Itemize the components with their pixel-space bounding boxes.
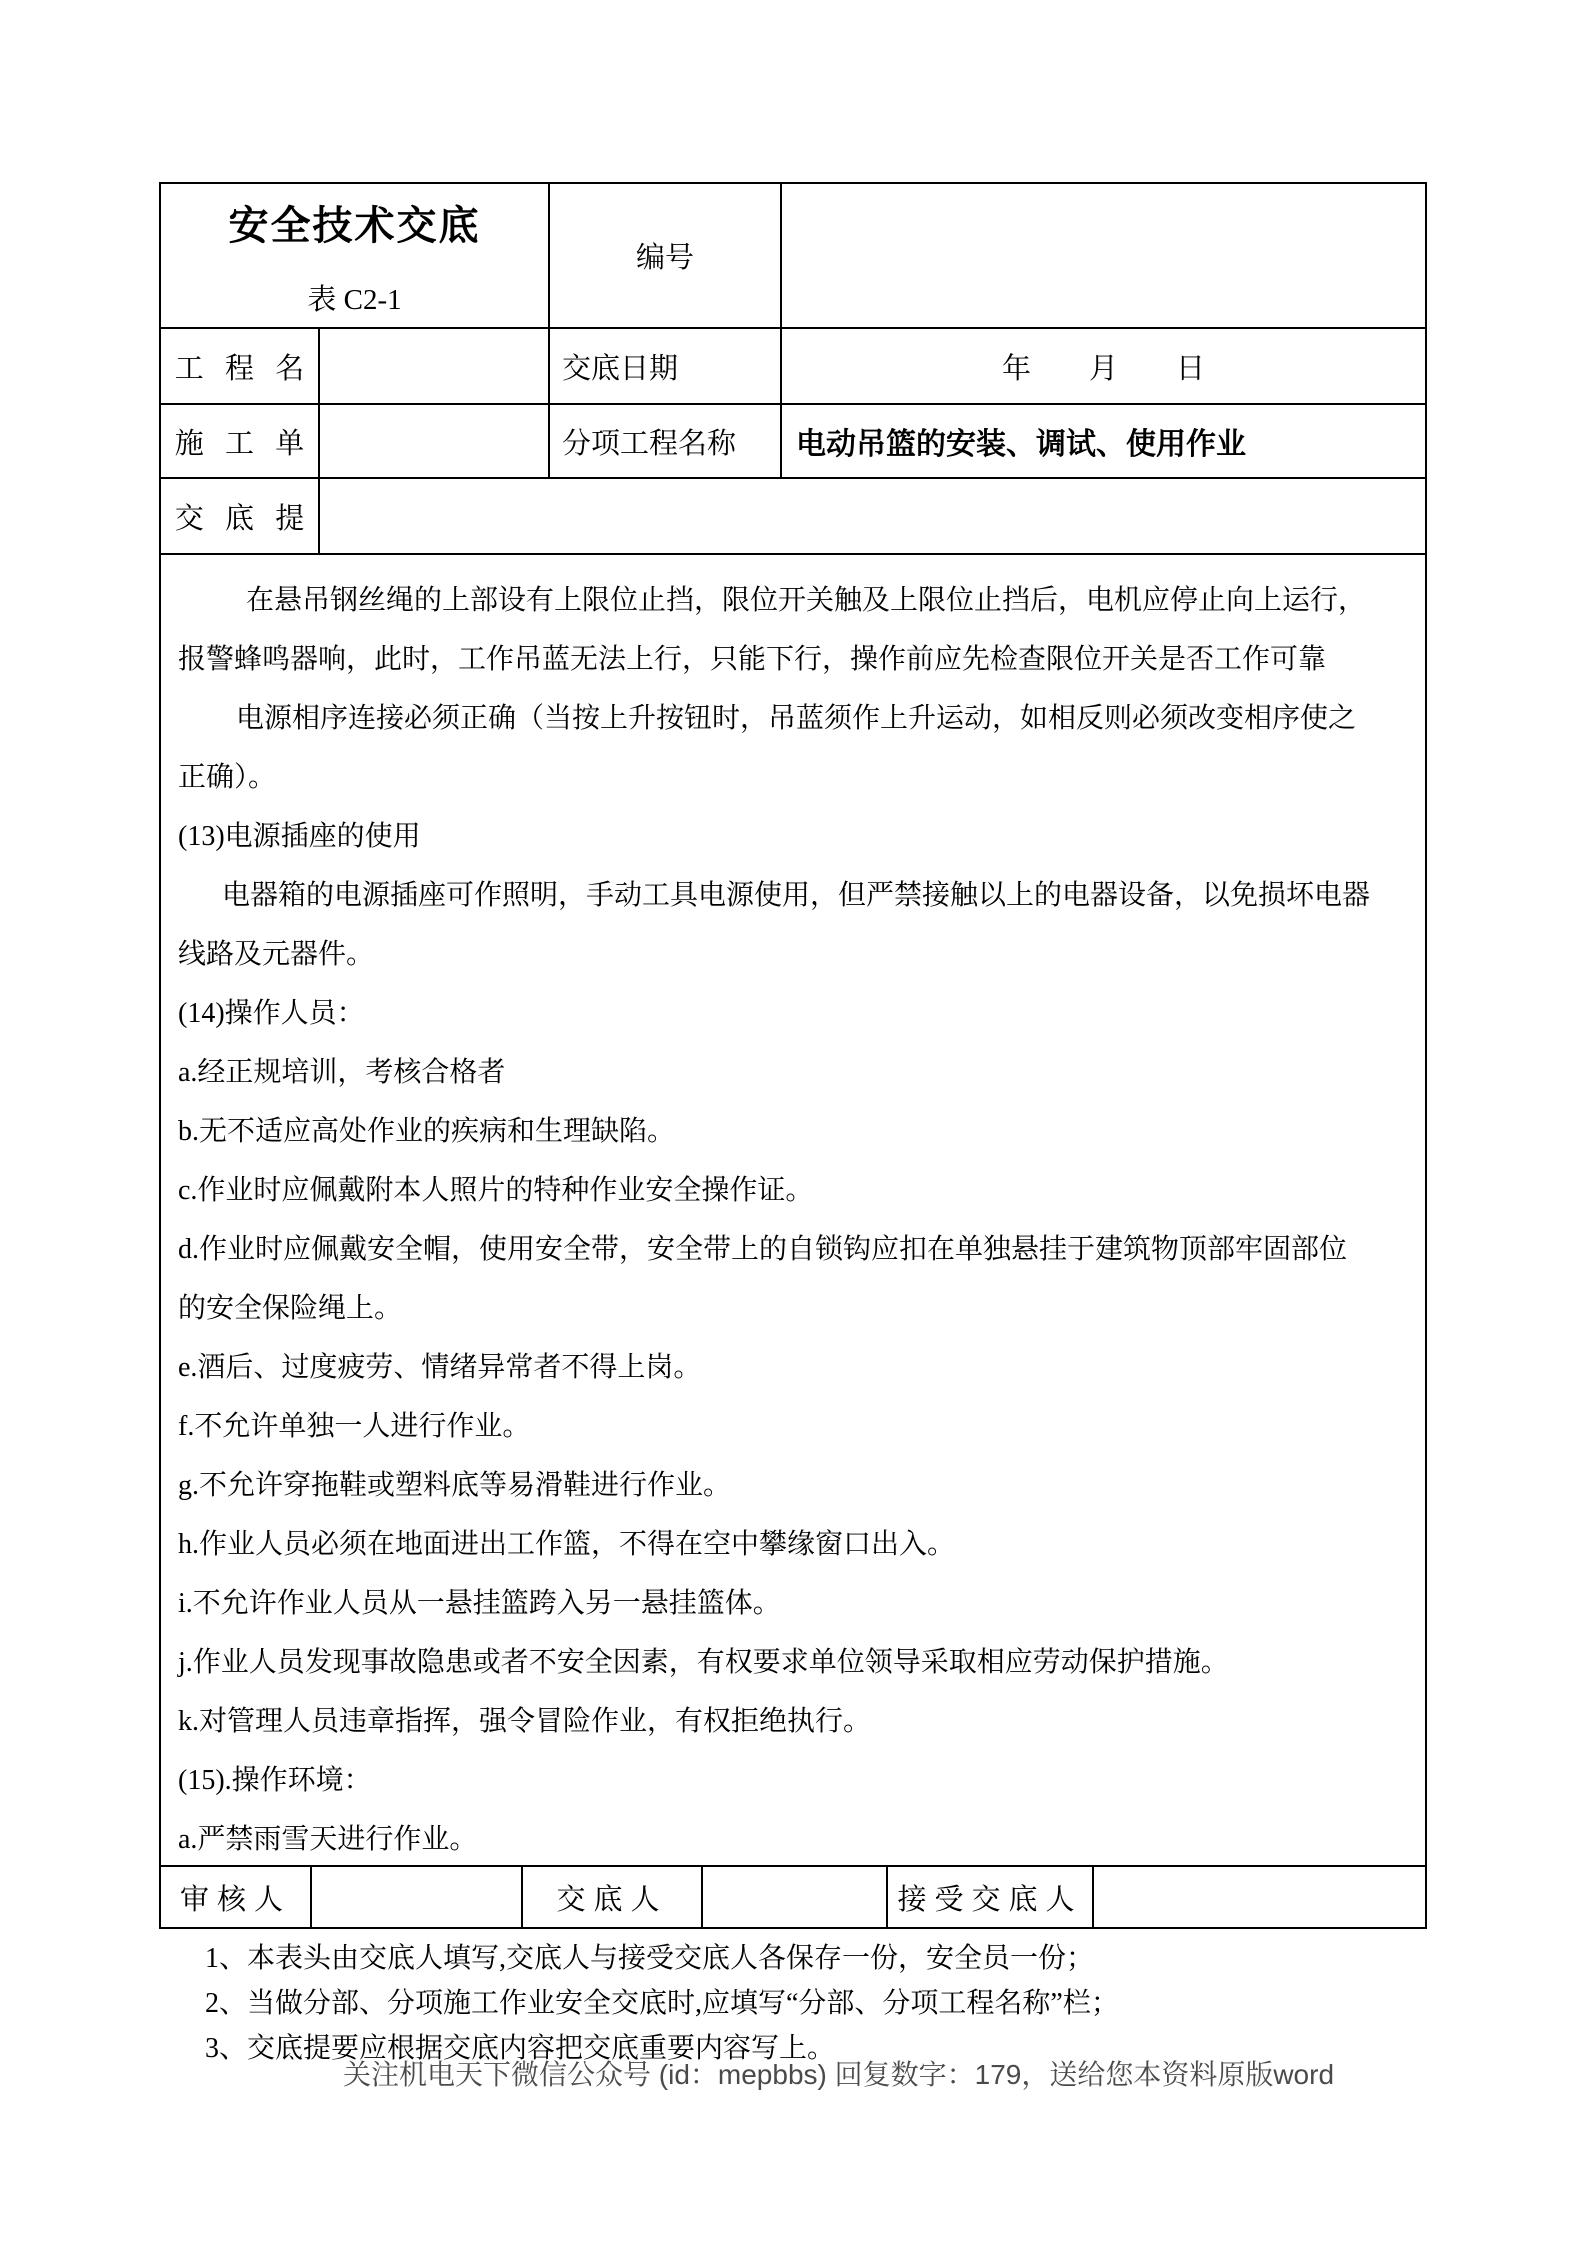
footnote-line: 2、当做分部、分项施工作业安全交底时,应填写“分部、分项工程名称”栏；	[205, 1981, 1435, 2026]
body-text-line: 正确）。	[178, 748, 1411, 807]
summary-value-cell	[320, 479, 1425, 553]
body-text-line: 电器箱的电源插座可作照明，手动工具电源使用，但严禁接触以上的电器设备，以免损坏电…	[178, 866, 1411, 925]
body-text-line: (14)操作人员：	[178, 984, 1411, 1043]
body-text-line: c.作业时应佩戴附本人照片的特种作业安全操作证。	[178, 1161, 1411, 1220]
body-text-line: b.无不适应高处作业的疾病和生理缺陷。	[178, 1102, 1411, 1161]
safety-disclosure-form: 安全技术交底 表 C2-1 编号 工 程 名 交底日期 年 月 日 施 工 单 …	[159, 182, 1427, 1929]
body-text-line: 在悬吊钢丝绳的上部设有上限位止挡，限位开关触及上限位止挡后，电机应停止向上运行，	[178, 571, 1411, 630]
summary-label: 交 底 提	[161, 479, 320, 553]
construction-unit-label: 施 工 单	[161, 405, 320, 477]
body-text-line: d.作业时应佩戴安全帽，使用安全带，安全带上的自锁钩应扣在单独悬挂于建筑物顶部牢…	[178, 1220, 1411, 1279]
body-text-line: 的安全保险绳上。	[178, 1279, 1411, 1338]
form-title-row: 安全技术交底 表 C2-1 编号	[161, 184, 1425, 329]
receiver-value-cell	[1094, 1867, 1425, 1927]
body-text-line: h.作业人员必须在地面进出工作篮，不得在空中攀缘窗口出入。	[178, 1515, 1411, 1574]
construction-unit-value-cell	[320, 405, 550, 477]
reviewer-value-cell	[312, 1867, 523, 1927]
discloser-value-cell	[703, 1867, 888, 1927]
body-text-line: i.不允许作业人员从一悬挂篮跨入另一悬挂篮体。	[178, 1574, 1411, 1633]
body-text-line: a.严禁雨雪天进行作业。	[178, 1810, 1411, 1865]
discloser-label: 交底人	[523, 1867, 703, 1927]
body-text-line: 线路及元器件。	[178, 925, 1411, 984]
form-title: 安全技术交底	[229, 194, 481, 251]
body-text-line: 报警蜂鸣器响，此时，工作吊蓝无法上行，只能下行，操作前应先检查限位开关是否工作可…	[178, 630, 1411, 689]
body-text-line: e.酒后、过度疲劳、情绪异常者不得上岗。	[178, 1338, 1411, 1397]
body-text-line: (13)电源插座的使用	[178, 807, 1411, 866]
body-text-line: k.对管理人员违章指挥，强令冒险作业，有权拒绝执行。	[178, 1692, 1411, 1751]
disclosure-date-value: 年 月 日	[782, 329, 1425, 403]
body-text-line: 电源相序连接必须正确（当按上升按钮时，吊蓝须作上升运动，如相反则必须改变相序使之	[178, 689, 1411, 748]
watermark-text: 关注机电天下微信公众号 (id：mepbbs) 回复数字：179，送给您本资料原…	[343, 2053, 1334, 2093]
project-name-row: 工 程 名 交底日期 年 月 日	[161, 329, 1425, 405]
receiver-label: 接受交底人	[888, 1867, 1094, 1927]
project-name-value-cell	[320, 329, 550, 403]
sub-project-label: 分项工程名称	[550, 405, 782, 477]
disclosure-body-text: 在悬吊钢丝绳的上部设有上限位止挡，限位开关触及上限位止挡后，电机应停止向上运行，…	[161, 555, 1425, 1865]
disclosure-body-row: 在悬吊钢丝绳的上部设有上限位止挡，限位开关触及上限位止挡后，电机应停止向上运行，…	[161, 555, 1425, 1867]
footnotes: 1、本表头由交底人填写,交底人与接受交底人各保存一份，安全员一份；2、当做分部、…	[205, 1936, 1435, 2071]
form-code: 表 C2-1	[307, 277, 401, 318]
body-text-line: f.不允许单独一人进行作业。	[178, 1397, 1411, 1456]
sub-project-value: 电动吊篮的安装、调试、使用作业	[782, 405, 1425, 477]
form-title-cell: 安全技术交底 表 C2-1	[161, 184, 550, 327]
body-text-line: (15).操作环境：	[178, 1751, 1411, 1810]
summary-row: 交 底 提	[161, 479, 1425, 555]
number-label-cell: 编号	[550, 184, 782, 327]
disclosure-date-label: 交底日期	[550, 329, 782, 403]
reviewer-label: 审核人	[161, 1867, 312, 1927]
body-text-line: a.经正规培训，考核合格者	[178, 1043, 1411, 1102]
footnote-line: 1、本表头由交底人填写,交底人与接受交底人各保存一份，安全员一份；	[205, 1936, 1435, 1981]
signature-row: 审核人 交底人 接受交底人	[161, 1867, 1425, 1927]
document-page: 安全技术交底 表 C2-1 编号 工 程 名 交底日期 年 月 日 施 工 单 …	[0, 0, 1587, 2245]
project-name-label: 工 程 名	[161, 329, 320, 403]
number-value-cell	[782, 184, 1425, 327]
body-text-line: g.不允许穿拖鞋或塑料底等易滑鞋进行作业。	[178, 1456, 1411, 1515]
body-text-line: j.作业人员发现事故隐患或者不安全因素，有权要求单位领导采取相应劳动保护措施。	[178, 1633, 1411, 1692]
construction-unit-row: 施 工 单 分项工程名称 电动吊篮的安装、调试、使用作业	[161, 405, 1425, 479]
